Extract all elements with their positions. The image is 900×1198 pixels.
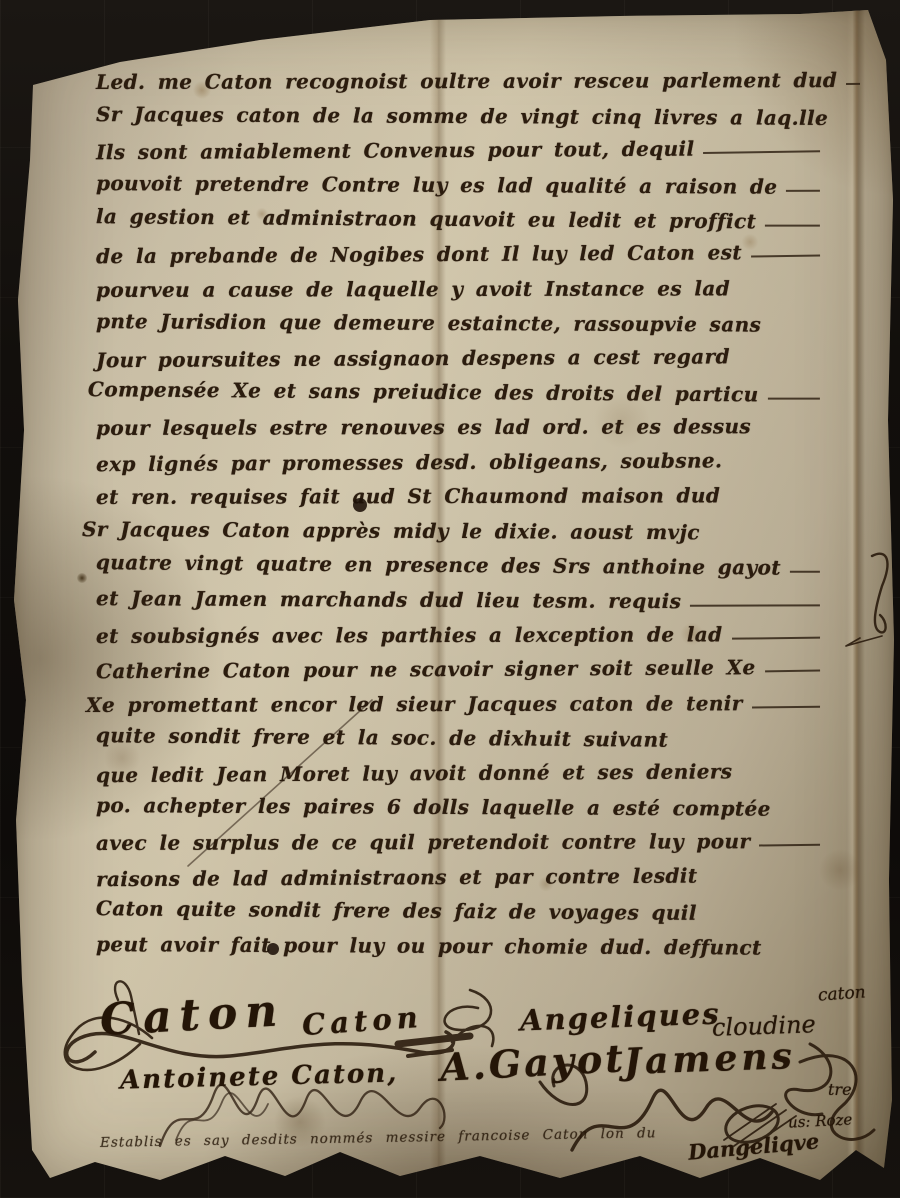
photo-of-manuscript: { "colors":{"background":"#14100d","pape… xyxy=(0,0,900,1198)
manuscript-line: Sr Jacques Caton apprès midy le dixie. a… xyxy=(82,506,822,544)
manuscript-text: Led. me Caton recognoist oultre avoir re… xyxy=(96,58,822,957)
manuscript-line: Led. me Caton recognoist oultre avoir re… xyxy=(96,57,822,93)
signature-caton-large: Caton xyxy=(99,985,287,1046)
manuscript-line-text: Compensée Xe et sans preiudice des droit… xyxy=(88,377,759,406)
line-filler-stroke xyxy=(846,82,860,84)
manuscript-line: de la prebande de Nogibes dont Il luy le… xyxy=(96,229,822,268)
manuscript-line-text: Caton quite sondit frere des faiz de voy… xyxy=(96,896,697,925)
manuscript-line-text: pnte Jurisdion que demeure estaincte, ra… xyxy=(96,309,761,336)
manuscript-line: la gestion et administraon quavoit eu le… xyxy=(96,194,822,234)
manuscript-line-text: Catherine Caton pour ne scavoir signer s… xyxy=(96,655,756,683)
line-filler-stroke xyxy=(768,398,820,400)
manuscript-line-text: Led. me Caton recognoist oultre avoir re… xyxy=(96,68,837,94)
line-filler-stroke xyxy=(704,150,821,154)
manuscript-line-text: exp lignés par promesses desd. obligeans… xyxy=(96,448,722,476)
manuscript-line-text: peut avoir fait pour luy ou pour chomie … xyxy=(96,932,762,959)
manuscript-line-text: quite sondit frere et la soc. de dixhuit… xyxy=(96,723,668,751)
line-filler-stroke xyxy=(765,669,820,672)
manuscript-line: Catherine Caton pour ne scavoir signer s… xyxy=(96,644,822,683)
manuscript-line-text: pourveu a cause de laquelle y avoit Inst… xyxy=(96,275,730,301)
manuscript-line: pnte Jurisdion que demeure estaincte, ra… xyxy=(96,298,822,336)
manuscript-line: po. achepter les paires 6 dolls laquelle… xyxy=(96,783,822,821)
manuscript-line: Ils sont amiablement Convenus pour tout,… xyxy=(96,125,822,164)
manuscript-line-text: po. achepter les paires 6 dolls laquelle… xyxy=(96,793,771,821)
signature-caton-small: caton xyxy=(817,982,866,1005)
manuscript-line: raisons de lad administraons et par cont… xyxy=(96,851,822,890)
manuscript-line-text: et ren. requises fait aud St Chaumond ma… xyxy=(96,483,720,509)
line-filler-stroke xyxy=(786,189,820,191)
manuscript-line: quatre vingt quatre en presence des Srs … xyxy=(96,539,822,579)
manuscript-line-text: pour lesquels estre renouves es lad ord.… xyxy=(96,414,751,440)
signature-jamens: Jamens xyxy=(623,1035,796,1083)
manuscript-line: Caton quite sondit frere des faiz de voy… xyxy=(96,885,822,925)
manuscript-line: avec le surplus de ce quil pretendoit co… xyxy=(96,818,822,854)
manuscript-line-text: de la prebande de Nogibes dont Il luy le… xyxy=(96,240,742,268)
margin-note-roze: us: Roze xyxy=(788,1110,853,1131)
margin-note-tre: tre xyxy=(828,1080,852,1099)
manuscript-line: que ledit Jean Moret luy avoit donné et … xyxy=(96,748,822,787)
manuscript-line: et ren. requises fait aud St Chaumond ma… xyxy=(96,472,822,508)
line-filler-stroke xyxy=(690,604,820,606)
manuscript-line: Compensée Xe et sans preiudice des droit… xyxy=(88,366,822,406)
manuscript-line: peut avoir fait pour luy ou pour chomie … xyxy=(96,921,822,959)
manuscript-line: quite sondit frere et la soc. de dixhuit… xyxy=(96,712,822,752)
manuscript-line: et Jean Jamen marchands dud lieu tesm. r… xyxy=(96,575,822,613)
line-filler-stroke xyxy=(790,571,820,573)
line-filler-stroke xyxy=(751,254,820,257)
manuscript-line-text: et Jean Jamen marchands dud lieu tesm. r… xyxy=(96,586,681,613)
signature-angeliques: Angeliques xyxy=(519,997,721,1038)
line-filler-stroke xyxy=(765,225,820,227)
line-filler-stroke xyxy=(759,843,820,846)
manuscript-line: Jour poursuites ne assignaon despens a c… xyxy=(96,333,822,372)
line-filler-stroke xyxy=(752,705,820,708)
manuscript-line-text: avec le surplus de ce quil pretendoit co… xyxy=(96,829,750,855)
manuscript-line: pour lesquels estre renouves es lad ord.… xyxy=(96,403,822,439)
manuscript-line: pouvoit pretendre Contre luy es lad qual… xyxy=(96,160,822,198)
manuscript-line: Xe promettant encor led sieur Jacques ca… xyxy=(86,680,822,717)
manuscript-line-text: et soubsignés avec les parthies a lexcep… xyxy=(96,621,723,647)
manuscript-line: Sr Jacques caton de la somme de vingt ci… xyxy=(96,91,822,129)
manuscript-line: et soubsignés avec les parthies a lexcep… xyxy=(96,611,822,647)
line-filler-stroke xyxy=(732,636,820,639)
manuscript-line: pourveu a cause de laquelle y avoit Inst… xyxy=(96,265,822,301)
manuscript-line: exp lignés par promesses desd. obligeans… xyxy=(96,436,822,475)
